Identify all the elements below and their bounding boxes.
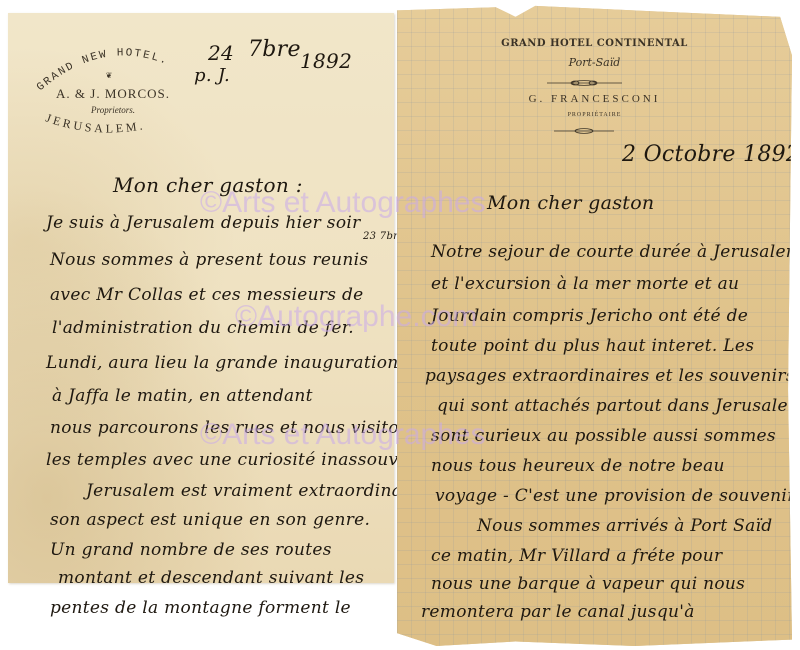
letter-line: Un grand nombre de ses routes — [50, 540, 332, 560]
letter-line: paysages extraordinaires et les souvenir… — [425, 366, 795, 386]
letter-date: 2 Octobre 1892 — [622, 142, 800, 167]
date-year: 1892 — [300, 49, 352, 73]
proprietors-name: A. & J. MORCOS. — [38, 86, 188, 102]
salutation: Mon cher gaston — [487, 192, 654, 214]
proprietor-name: G. FRANCESCONI — [397, 93, 792, 105]
letter-line: Jerusalem est vraiment extraordinaire — [86, 481, 427, 501]
letter-line: voyage - C'est une provision de souvenir… — [435, 486, 800, 506]
date-prefix: p. J. — [194, 65, 230, 86]
letter-line: l'administration du chemin de fer. — [52, 318, 354, 338]
letter-line: à Jaffa le matin, en attendant — [52, 386, 313, 406]
letter-line: Nous sommes arrivés à Port Saïd — [477, 516, 772, 536]
letter-line: Notre sejour de courte durée à Jerusalem — [431, 242, 800, 262]
letter-line: Je suis à Jerusalem depuis hier soir — [46, 213, 361, 233]
proprietor-label: PROPRIÉTAIRE — [397, 112, 792, 118]
hotel-name: GRAND HOTEL CONTINENTAL — [397, 38, 792, 49]
hotel-city: Port-Saïd — [397, 56, 792, 69]
letter-line: son aspect est unique en son genre. — [50, 510, 370, 530]
letter-port-said: GRAND HOTEL CONTINENTAL Port-Saïd G. FRA… — [397, 4, 792, 646]
letter-line: et l'excursion à la mer morte et au — [431, 274, 739, 294]
letter-line: qui sont attachés partout dans Jerusalem — [437, 396, 800, 416]
svg-text:JERUSALEM.: JERUSALEM. — [44, 113, 146, 136]
letter-line: nous une barque à vapeur qui nous — [431, 574, 745, 594]
letter-line: ce matin, Mr Villard a fréte pour — [431, 546, 722, 566]
letter-line: nous parcourons les rues et nous visiton… — [50, 418, 419, 438]
date-month: 7bre — [248, 37, 301, 62]
letter-line: sont curieux au possible aussi sommes — [431, 426, 776, 446]
letter-line: pentes de la montagne forment le — [50, 598, 351, 618]
letter-line: Jourdain compris Jericho ont été de — [431, 306, 748, 326]
letter-line: Nous sommes à present tous reunis — [50, 250, 368, 270]
date-day: 24 — [208, 41, 234, 65]
ornament-divider-icon — [554, 128, 614, 134]
letter-line: avec Mr Collas et ces messieurs de — [50, 285, 364, 305]
letter-line: toute point du plus haut interet. Les — [431, 336, 754, 356]
letter-line: les temples avec une curiosité inassouvi… — [46, 450, 420, 470]
ornament-icon: ❦ — [94, 71, 124, 80]
letter-line: Lundi, aura lieu la grande inauguration — [46, 353, 398, 373]
city-arc: JERUSALEM. — [40, 113, 190, 143]
letter-jerusalem: GRAND NEW HOTEL. ❦ A. & J. MORCOS. Propr… — [8, 13, 394, 583]
letter-line: nous tous heureux de notre beau — [431, 456, 725, 476]
ornament-divider-icon — [547, 80, 622, 86]
letter-line: montant et descendant suivant les — [58, 568, 364, 588]
salutation: Mon cher gaston : — [113, 173, 303, 197]
hotel-name-arc: GRAND NEW HOTEL. — [28, 33, 208, 93]
letter-line: remontera par le canal jusqu'à — [421, 602, 695, 622]
